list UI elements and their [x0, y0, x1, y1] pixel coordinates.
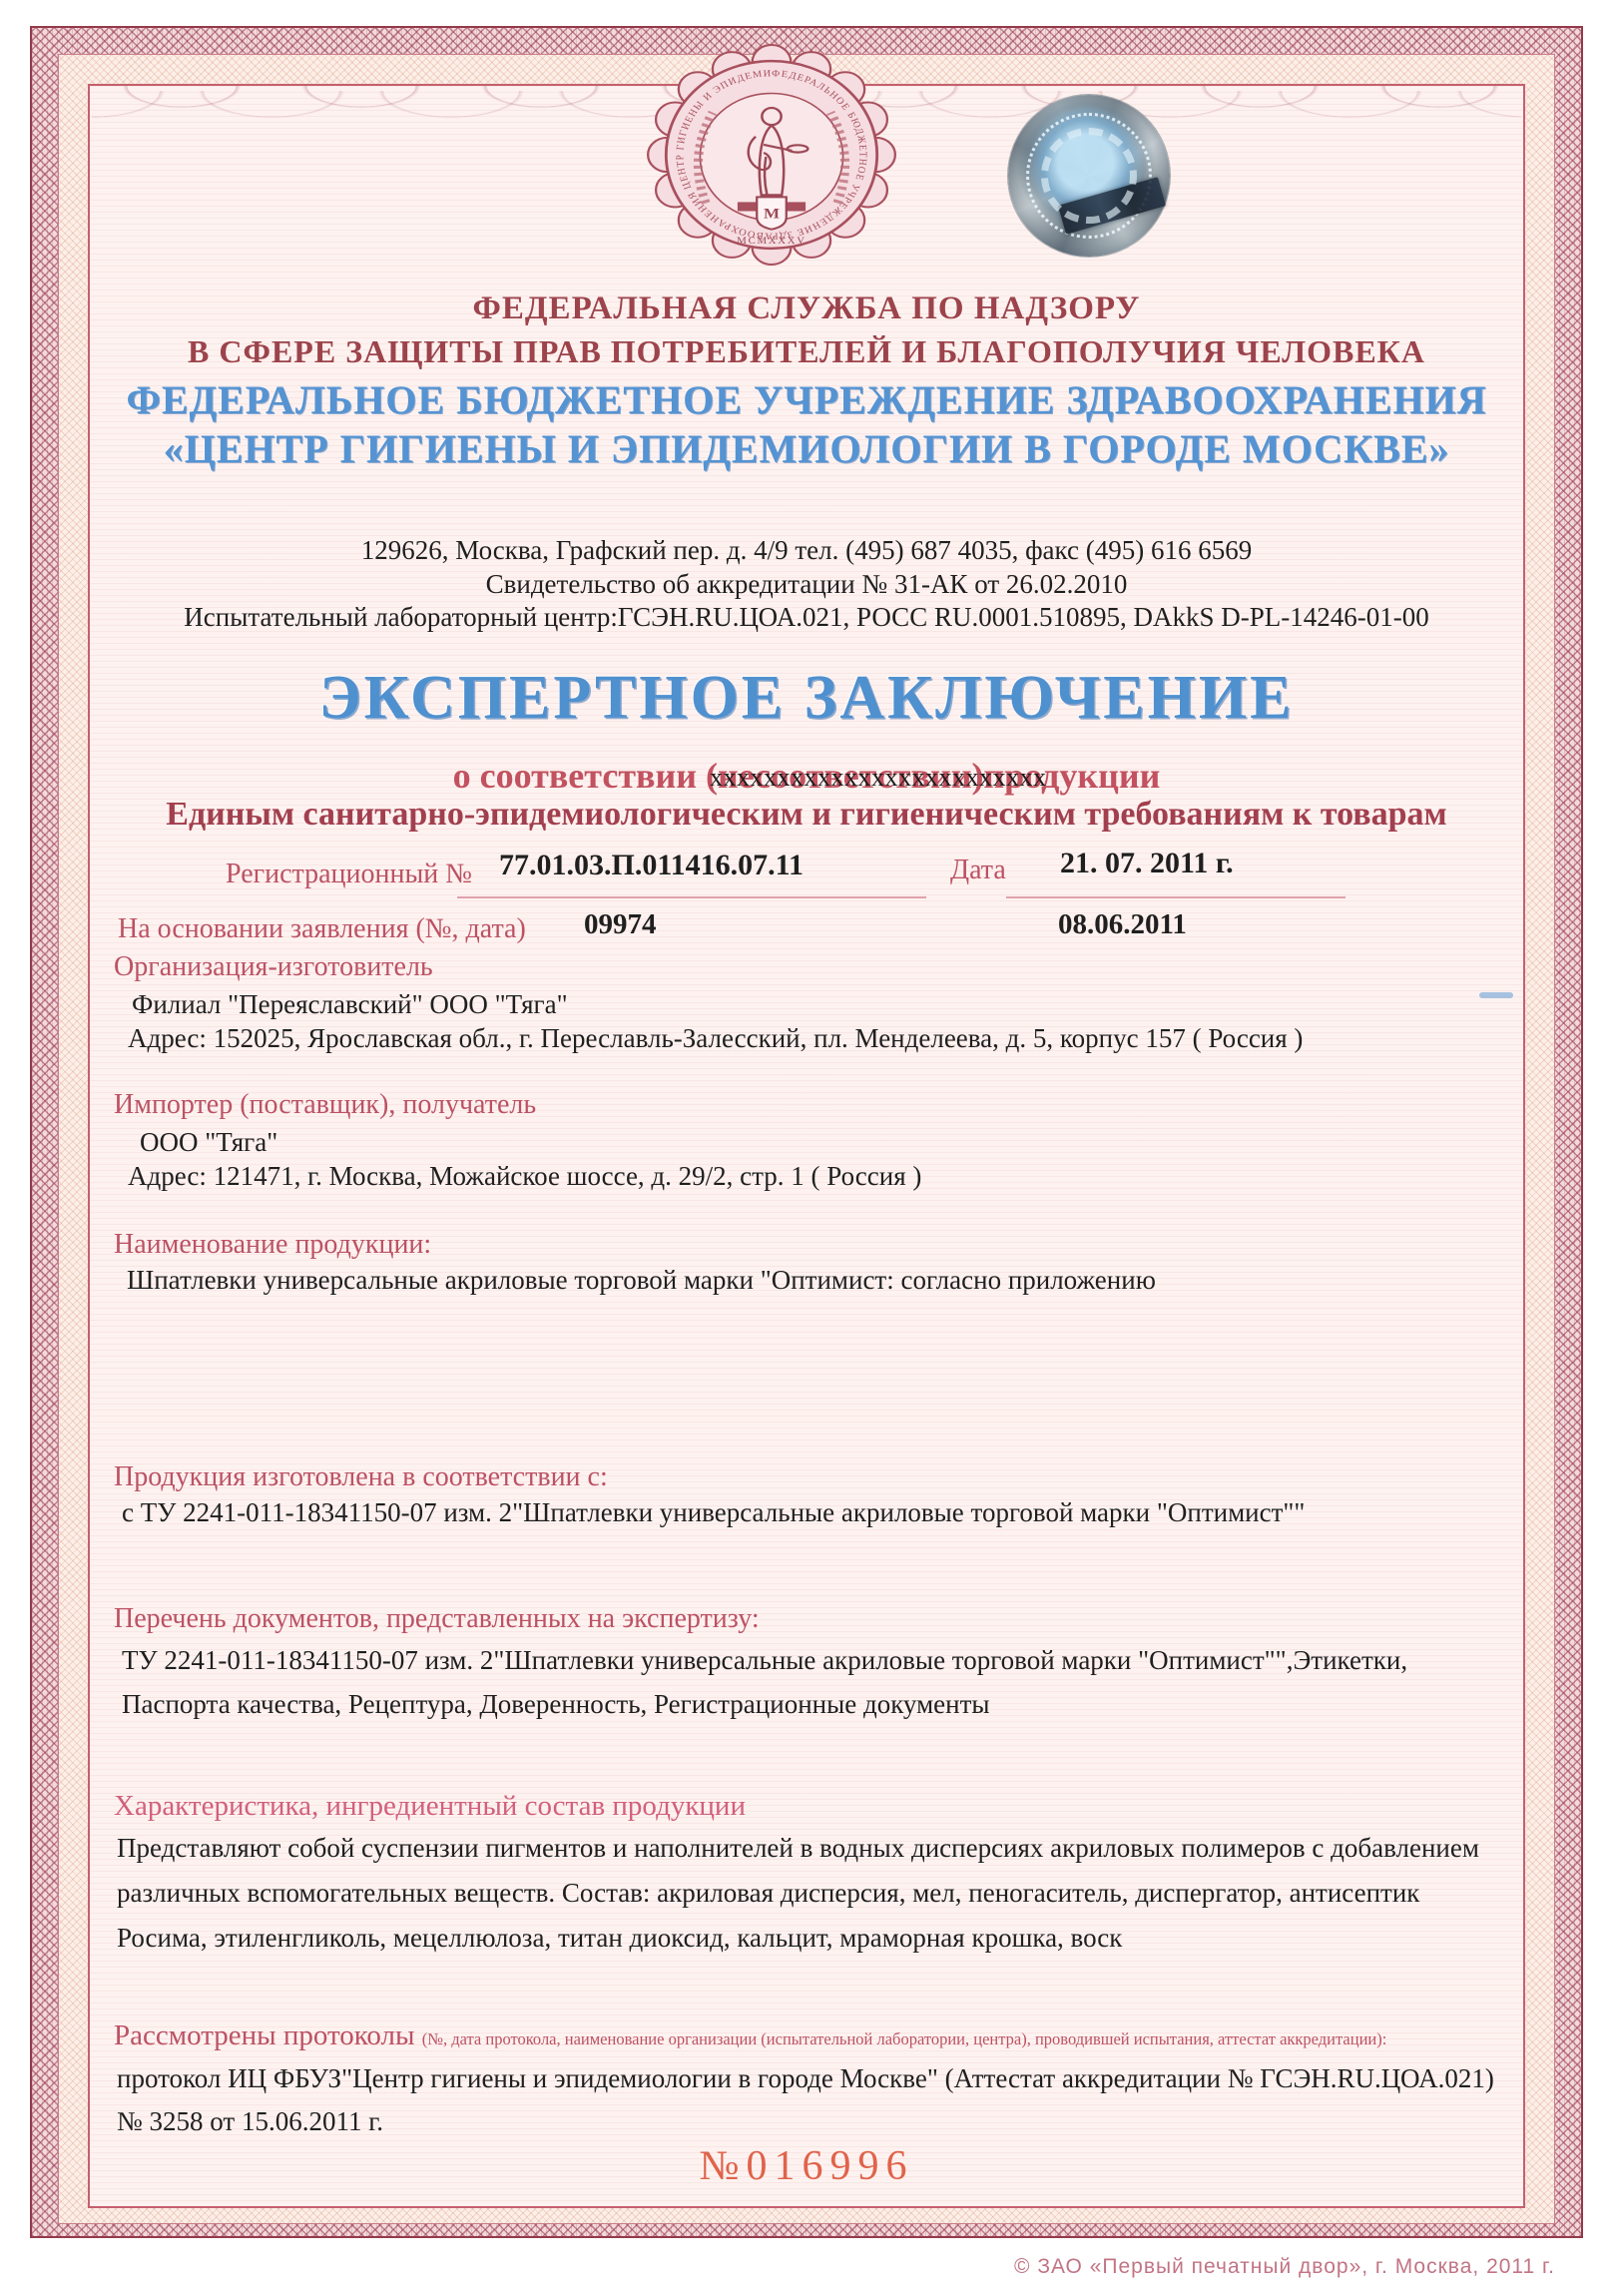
scan-artifact	[1479, 992, 1513, 998]
org-name-line1: ФЕДЕРАЛЬНОЕ БЮДЖЕТНОЕ УЧРЕЖДЕНИЕ ЗДРАВОО…	[0, 376, 1613, 423]
document-subtitle: о соответствии (несоответствииxxxxxxxxxx…	[0, 755, 1613, 797]
certificate-page: ФЕДЕРАЛЬНОЕ БЮДЖЕТНОЕ УЧРЕЖДЕНИЕ ЗДРАВОО…	[0, 0, 1613, 2296]
strikeout-x-overlay: xxxxxxxxxxxxxxxxxxxxxxxxx	[710, 763, 1047, 793]
date-value: 21. 07. 2011 г.	[1060, 847, 1234, 880]
made-in-accordance-value: с ТУ 2241-011-18341150-07 изм. 2"Шпатлев…	[122, 1497, 1305, 1528]
product-value: Шпатлевки универсальные акриловые торгов…	[127, 1265, 1156, 1296]
date-label: Дата	[950, 855, 1006, 886]
product-label: Наименование продукции:	[114, 1229, 431, 1261]
importer-address: Адрес: 121471, г. Москва, Можайское шосс…	[128, 1161, 921, 1192]
manufacturer-address: Адрес: 152025, Ярославская обл., г. Пере…	[128, 1023, 1303, 1054]
hologram-serial-stamp	[1058, 177, 1166, 235]
print-house-credit: © ЗАО «Первый печатный двор», г. Москва,…	[1014, 2255, 1555, 2279]
form-serial-number: №016996	[0, 2142, 1613, 2190]
importer-label: Импортер (поставщик), получатель	[114, 1089, 536, 1121]
date-underline	[1006, 896, 1345, 898]
importer-name: ООО "Тяга"	[140, 1127, 277, 1158]
seal-emblem-icon: ФЕДЕРАЛЬНОЕ БЮДЖЕТНОЕ УЧРЕЖДЕНИЕ ЗДРАВОО…	[647, 44, 896, 266]
registration-number-value: 77.01.03.П.011416.07.11	[499, 849, 804, 882]
registration-number-label: Регистрационный №	[226, 859, 472, 890]
lab-center-line: Испытательный лабораторный центр:ГСЭН.RU…	[0, 602, 1613, 633]
document-title: ЭКСПЕРТНОЕ ЗАКЛЮЧЕНИЕ	[0, 663, 1613, 734]
application-date: 08.06.2011	[1058, 908, 1187, 941]
characteristics-value: Представляют собой суспензии пигментов и…	[117, 1826, 1510, 1961]
hygiene-center-seal: ФЕДЕРАЛЬНОЕ БЮДЖЕТНОЕ УЧРЕЖДЕНИЕ ЗДРАВОО…	[647, 44, 896, 266]
registration-underline	[457, 896, 926, 898]
accreditation-line: Свидетельство об аккредитации № 31-АК от…	[0, 569, 1613, 600]
application-number: 09974	[584, 908, 657, 941]
hologram-sticker-icon	[1008, 95, 1170, 257]
protocols-value: протокол ИЦ ФБУЗ"Центр гигиены и эпидеми…	[117, 2057, 1514, 2143]
requirements-line: Единым санитарно-эпидемиологическим и ги…	[0, 796, 1613, 834]
seal-monogram: M	[764, 206, 780, 222]
characteristics-label: Характеристика, ингредиентный состав про…	[114, 1790, 746, 1823]
documents-label: Перечень документов, представленных на э…	[114, 1603, 760, 1635]
org-name-line2: «ЦЕНТР ГИГИЕНЫ И ЭПИДЕМИОЛОГИИ В ГОРОДЕ …	[0, 425, 1613, 472]
protocols-label-main: Рассмотрены протоколы	[114, 2019, 422, 2051]
protocols-label-small: (№, дата протокола, наименование организ…	[422, 2029, 1387, 2048]
service-name-line1: ФЕДЕРАЛЬНАЯ СЛУЖБА ПО НАДЗОРУ	[0, 290, 1613, 327]
seal-year: MCMXXXV	[737, 236, 806, 246]
service-name-line2: В СФЕРЕ ЗАЩИТЫ ПРАВ ПОТРЕБИТЕЛЕЙ И БЛАГО…	[0, 333, 1613, 370]
documents-value: ТУ 2241-011-18341150-07 изм. 2"Шпатлевки…	[122, 1638, 1519, 1726]
application-label: На основании заявления (№, дата)	[118, 913, 526, 945]
made-in-accordance-label: Продукция изготовлена в соответствии с:	[114, 1461, 608, 1493]
subtitle-prefix: о соответствии (	[453, 756, 718, 796]
manufacturer-label: Организация-изготовитель	[114, 951, 433, 983]
subtitle-struck-word: несоответствииxxxxxxxxxxxxxxxxxxxxxxxxx	[718, 755, 971, 797]
protocols-label: Рассмотрены протоколы (№, дата протокола…	[114, 2019, 1386, 2052]
org-address: 129626, Москва, Графский пер. д. 4/9 тел…	[0, 535, 1613, 566]
manufacturer-name: Филиал "Переяславский" ООО "Тяга"	[132, 989, 568, 1020]
